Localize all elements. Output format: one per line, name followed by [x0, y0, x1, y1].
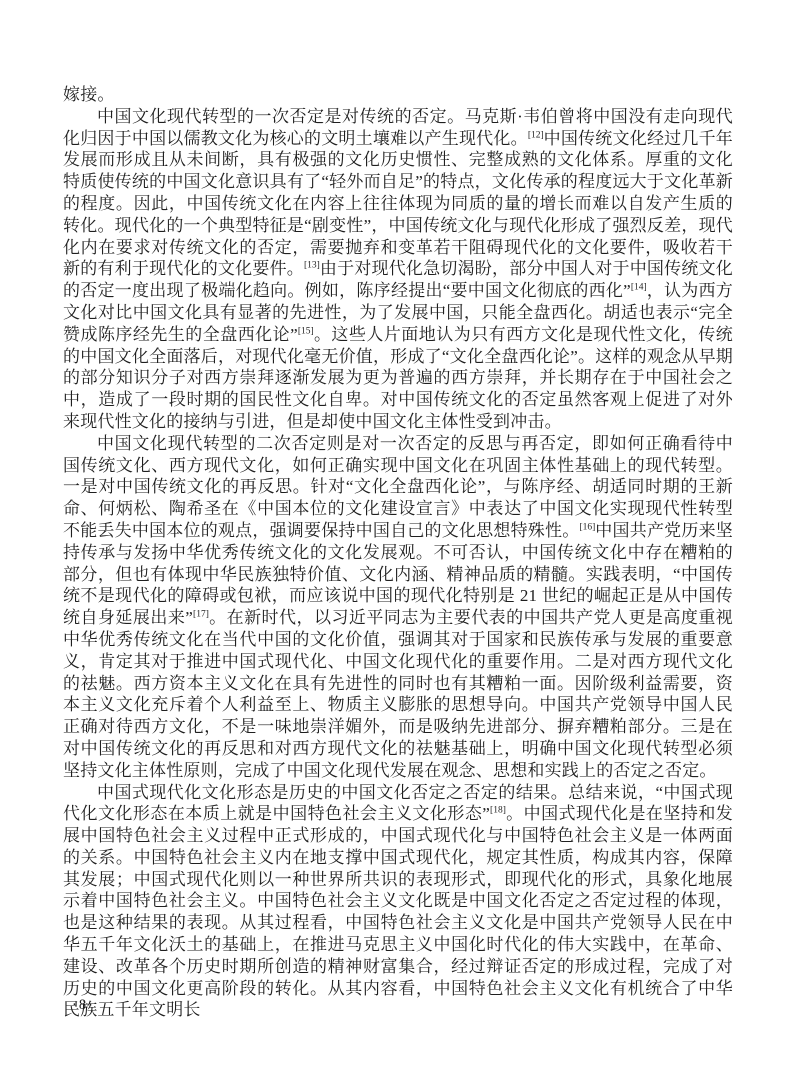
- paragraph-first-negation: 中国文化现代转型的一次否定是对传统的否定。马克斯·韦伯曾将中国没有走向现代化归因…: [63, 106, 733, 433]
- body-text: 嫁接。 中国文化现代转型的一次否定是对传统的否定。马克斯·韦伯曾将中国没有走向现…: [63, 84, 733, 1021]
- page-number: ·8·: [72, 997, 95, 1014]
- citation-ref: [14]: [631, 283, 647, 293]
- citation-ref: [12]: [528, 130, 544, 140]
- citation-ref: [15]: [298, 326, 314, 336]
- citation-ref: [18]: [490, 806, 506, 816]
- continuation-text: 嫁接。: [63, 84, 733, 106]
- citation-ref: [16]: [579, 522, 595, 532]
- citation-ref: [13]: [304, 261, 320, 271]
- paragraph-cultural-form: 中国式现代化文化形态是历史的中国文化否定之否定的结果。总结来说，“中国式现代化文…: [63, 782, 733, 1022]
- scanned-paper-page: { "document": { "continuation": "嫁接。", "…: [0, 0, 793, 1077]
- paper-page: 嫁接。 中国文化现代转型的一次否定是对传统的否定。马克斯·韦伯曾将中国没有走向现…: [0, 0, 793, 1077]
- paragraph-second-negation: 中国文化现代转型的二次否定则是对一次否定的反思与再否定，即如何正确看待中国传统文…: [63, 433, 733, 782]
- citation-ref: [17]: [193, 609, 209, 619]
